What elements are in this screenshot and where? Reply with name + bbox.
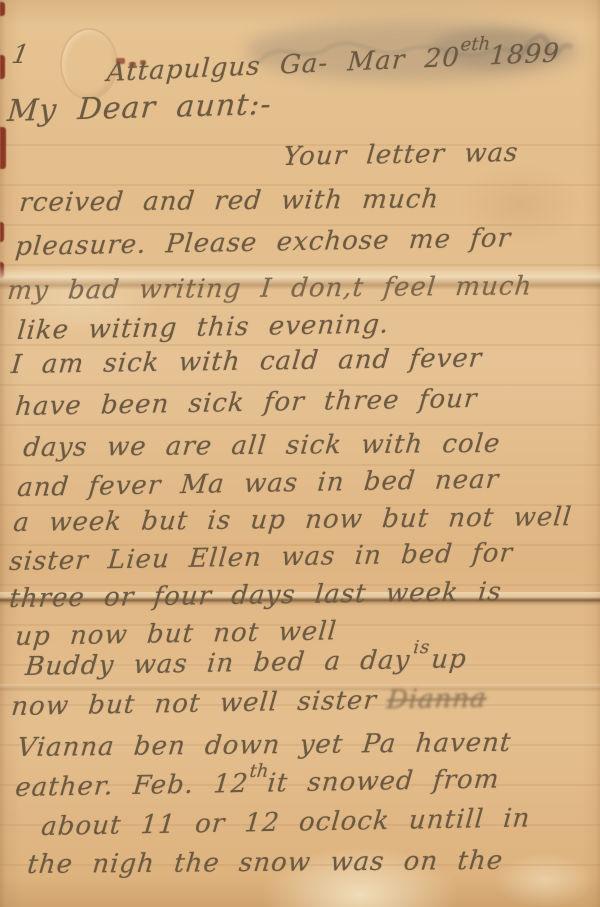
letter-line: I am sick with cald and fever: [10, 343, 484, 380]
letter-line: sister Lieu Ellen was in bed for: [8, 538, 514, 577]
letter-line: about 11 or 12 oclock untill in: [40, 803, 532, 842]
letter-line: have been sick for three four: [14, 384, 479, 422]
letter-line: and fever Ma was in bed near: [16, 465, 500, 503]
letter-line-text: it snowed from: [266, 765, 501, 799]
letter-paper: 1 Attapulgus Ga- Mar 20eth1899 My Dear a…: [0, 0, 600, 907]
letter-line-with-superscript: eather. Feb. 12thit snowed from: [14, 765, 501, 803]
heading-place-date-text: Attapulgus Ga- Mar 20: [106, 43, 461, 88]
letter-line: rceived and red with much: [18, 184, 441, 218]
heading-place-date: Attapulgus Ga- Mar 20eth1899: [106, 38, 561, 88]
letter-line: like witing this evening.: [16, 310, 391, 346]
letter-line: Your letter was: [282, 138, 520, 172]
letter-line-text: eather. Feb. 12: [14, 769, 250, 803]
letter-line: my bad writing I don,t feel much: [6, 271, 534, 306]
letter-line-with-insertion: Buddy was in bed a dayisup: [24, 644, 468, 682]
letter-line: Vianna ben down yet Pa havent: [16, 728, 513, 763]
inserted-word: is: [412, 637, 431, 658]
letter-line-text: Buddy was in bed a day: [24, 645, 412, 682]
letter-line: three or four days last week is: [8, 577, 503, 614]
page-number: 1: [9, 40, 31, 70]
letter-line-text: now but not well sister: [10, 686, 378, 722]
date-superscript: th: [249, 761, 270, 782]
handwritten-letter: 1 Attapulgus Ga- Mar 20eth1899 My Dear a…: [0, 0, 600, 907]
struck-out-word: Dianna: [386, 684, 488, 716]
letter-line-with-strikeout: now but not well sisterDianna: [10, 684, 488, 722]
letter-line: days we are all sick with cole: [22, 429, 502, 463]
letter-line-text: up: [430, 644, 468, 675]
heading-year: 1899: [489, 38, 561, 71]
letter-line: the nigh the snow was on the: [26, 846, 505, 880]
letter-line: pleasure. Please exchose me for: [14, 223, 512, 262]
salutation: My Dear aunt:-: [6, 87, 273, 129]
date-superscript: eth: [460, 33, 491, 55]
letter-line: a week but is up now but not well: [12, 502, 573, 538]
